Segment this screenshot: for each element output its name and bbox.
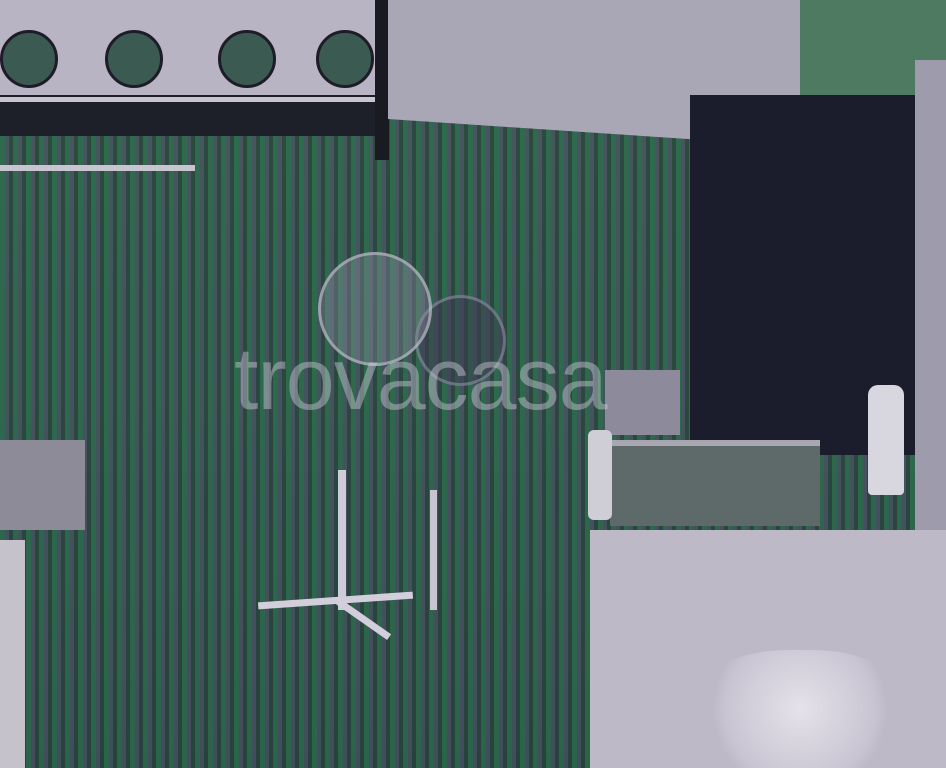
bottle [588, 430, 612, 520]
banner-medallion [316, 30, 374, 88]
banner-medallion [105, 30, 163, 88]
fan-pole [338, 470, 346, 610]
shelf [610, 440, 820, 526]
fan-pole [430, 490, 437, 610]
banner-rail [0, 97, 375, 102]
flower-arrangement [690, 650, 910, 768]
curtain-rod [0, 165, 195, 171]
decorative-banner [0, 0, 385, 109]
left-fixture [0, 440, 85, 530]
fan-base [334, 597, 391, 640]
photo-scene: trovacasa [0, 0, 946, 768]
wooden-post [375, 0, 389, 160]
watermark: trovacasa [234, 328, 607, 430]
bottle [868, 385, 904, 495]
shelf-box [605, 370, 680, 435]
left-wall [0, 540, 25, 768]
banner-strip [0, 96, 375, 136]
banner-medallion [0, 30, 58, 88]
right-wall [915, 60, 946, 530]
banner-medallion [218, 30, 276, 88]
